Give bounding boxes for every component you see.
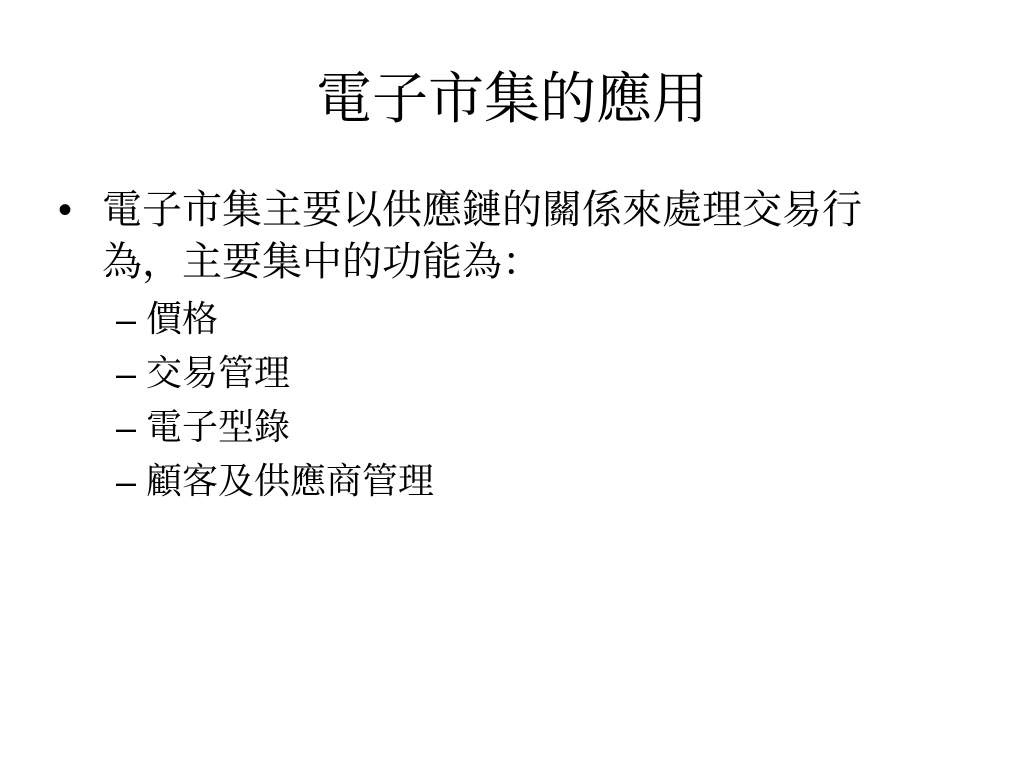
sub-bullet-item-customer-supplier-management: – 顧客及供應商管理 <box>58 456 958 508</box>
dash-icon: – <box>116 402 136 454</box>
sub-bullet-item-transaction-management: – 交易管理 <box>58 348 958 400</box>
sub-bullet-item-e-catalog: – 電子型錄 <box>58 402 958 454</box>
dash-icon: – <box>116 294 136 346</box>
sub-bullet-text: 交易管理 <box>146 353 290 394</box>
sub-bullet-text: 電子型錄 <box>146 407 290 448</box>
slide-title: 電子市集的應用 <box>0 62 1024 138</box>
bullet-dot-icon: • <box>58 184 72 236</box>
dash-icon: – <box>116 456 136 508</box>
bullet-item: • 電子市集主要以供應鏈的關係來處理交易行為，主要集中的功能為： <box>58 184 932 288</box>
sub-bullet-text: 顧客及供應商管理 <box>146 461 434 502</box>
sub-bullet-list: – 價格 – 交易管理 – 電子型錄 – 顧客及供應商管理 <box>58 294 958 508</box>
slide: 電子市集的應用 • 電子市集主要以供應鏈的關係來處理交易行為，主要集中的功能為：… <box>0 0 1024 768</box>
dash-icon: – <box>116 348 136 400</box>
bullet-text: 電子市集主要以供應鏈的關係來處理交易行為，主要集中的功能為： <box>102 187 862 285</box>
sub-bullet-text: 價格 <box>146 299 218 340</box>
sub-bullet-item-price: – 價格 <box>58 294 958 346</box>
slide-body: • 電子市集主要以供應鏈的關係來處理交易行為，主要集中的功能為： – 價格 – … <box>58 184 958 510</box>
